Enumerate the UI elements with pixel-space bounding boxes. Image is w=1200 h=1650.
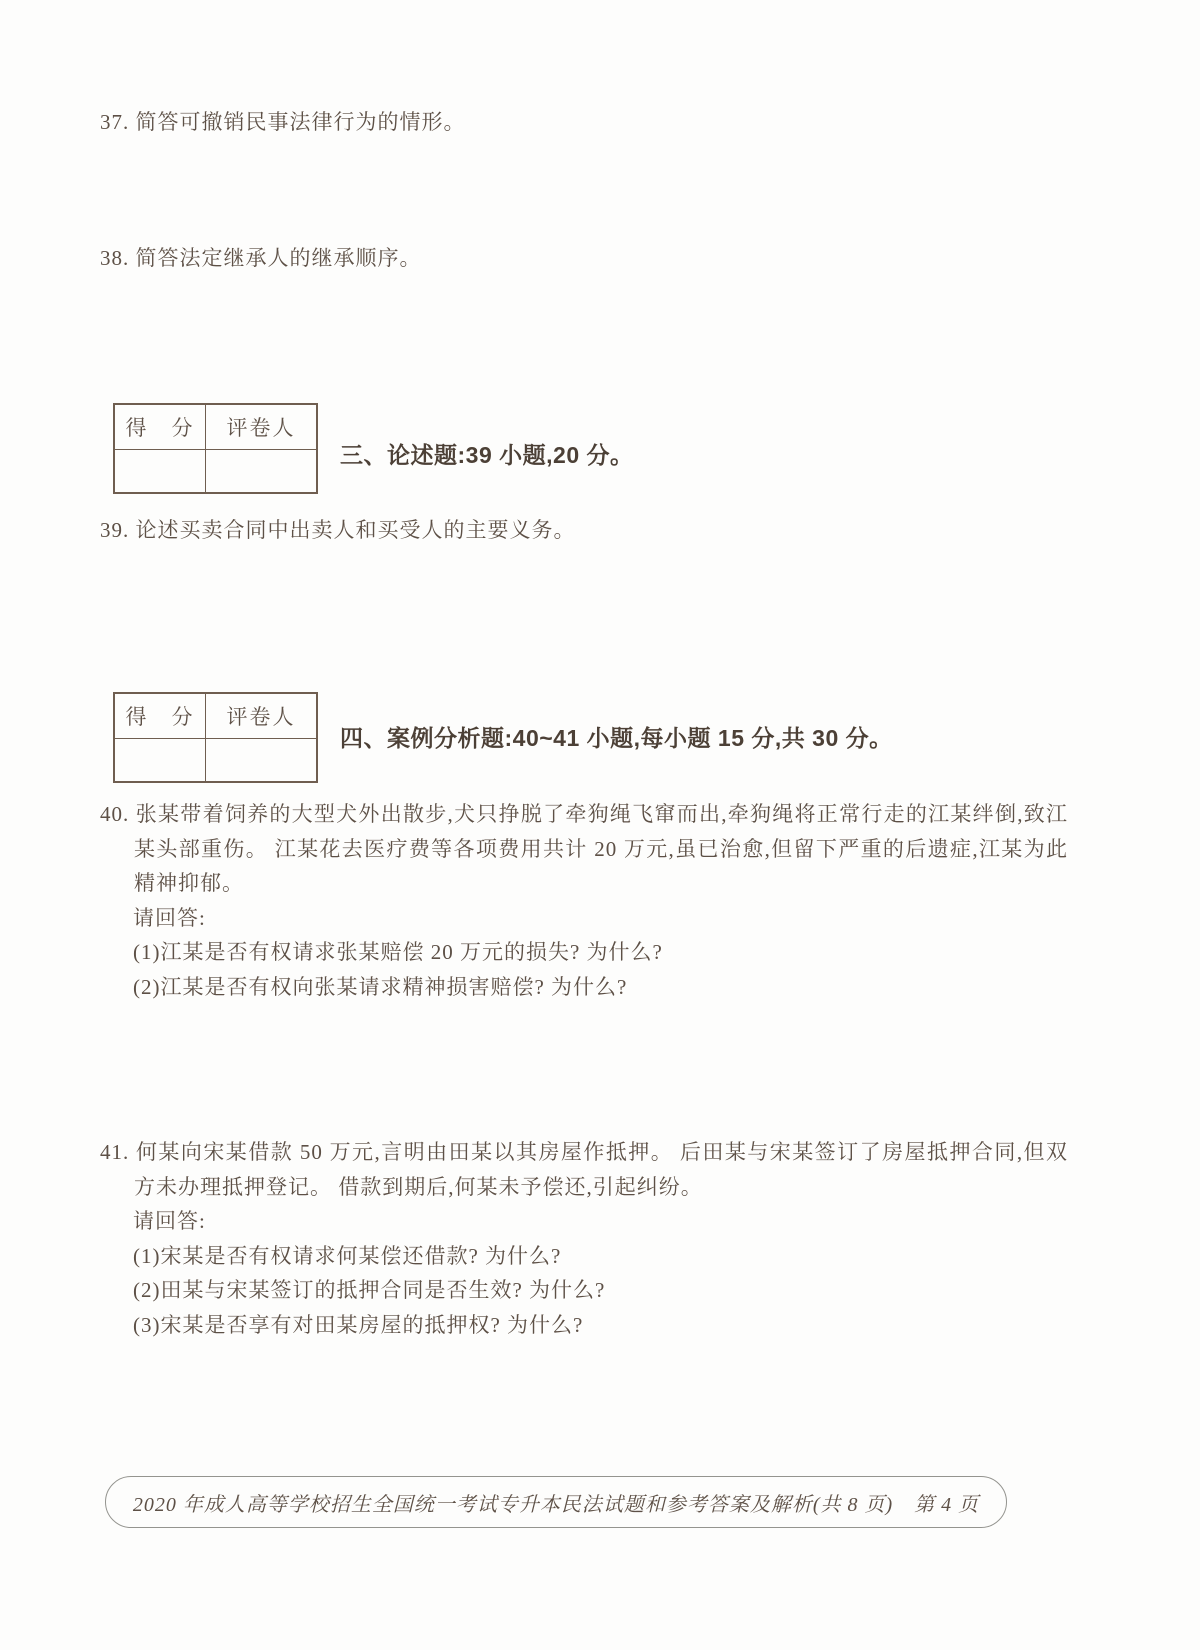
score-input-cell [115,739,206,781]
grader-label: 评卷人 [206,405,316,450]
question-41: 41. 何某向宋某借款 50 万元,言明由田某以其房屋作抵押。 后田某与宋某签订… [100,1135,1068,1342]
question-40-stem: 40. 张某带着饲养的大型犬外出散步,犬只挣脱了牵狗绳飞窜而出,牵狗绳将正常行走… [100,797,1068,901]
grader-label: 评卷人 [206,694,316,739]
score-table-section-4: 得 分 评卷人 [113,692,318,783]
grader-input-cell [206,450,316,492]
question-40-prompt: 请回答: [100,901,1068,936]
exam-paper-page: 37. 简答可撤销民事法律行为的情形。 38. 简答法定继承人的继承顺序。 得 … [0,0,1200,1650]
question-38: 38. 简答法定继承人的继承顺序。 [100,243,1070,273]
score-label: 得 分 [115,694,206,739]
question-41-stem: 41. 何某向宋某借款 50 万元,言明由田某以其房屋作抵押。 后田某与宋某签订… [100,1135,1068,1204]
footer-text: 2020 年成人高等学校招生全国统一考试专升本民法试题和参考答案及解析(共 8 … [133,1488,979,1517]
question-41-item-3: (3)宋某是否享有对田某房屋的抵押权? 为什么? [100,1308,1068,1343]
question-40-item-1: (1)江某是否有权请求张某赔偿 20 万元的损失? 为什么? [100,935,1068,970]
grader-input-cell [206,739,316,781]
score-label: 得 分 [115,405,206,450]
question-41-item-1: (1)宋某是否有权请求何某偿还借款? 为什么? [100,1239,1068,1274]
question-40-item-2: (2)江某是否有权向张某请求精神损害赔偿? 为什么? [100,970,1068,1005]
question-41-item-2: (2)田某与宋某签订的抵押合同是否生效? 为什么? [100,1273,1068,1308]
section-3-heading: 三、论述题:39 小题,20 分。 [340,440,634,470]
question-40: 40. 张某带着饲养的大型犬外出散步,犬只挣脱了牵狗绳飞窜而出,牵狗绳将正常行走… [100,797,1068,1004]
page-footer: 2020 年成人高等学校招生全国统一考试专升本民法试题和参考答案及解析(共 8 … [105,1476,1007,1528]
section-4-heading: 四、案例分析题:40~41 小题,每小题 15 分,共 30 分。 [340,723,893,753]
question-39: 39. 论述买卖合同中出卖人和买受人的主要义务。 [100,515,1070,545]
score-input-cell [115,450,206,492]
question-37: 37. 简答可撤销民事法律行为的情形。 [100,107,1070,137]
question-41-prompt: 请回答: [100,1204,1068,1239]
score-table-section-3: 得 分 评卷人 [113,403,318,494]
